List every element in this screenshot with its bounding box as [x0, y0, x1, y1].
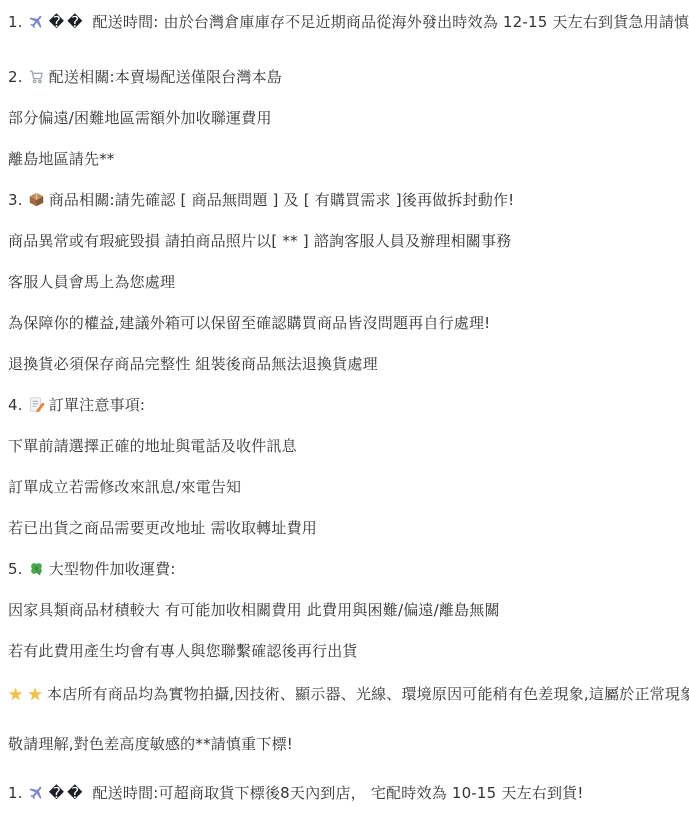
para-defect-instructions: 商品異常或有瑕疵毀損 請拍商品照片以[ ** ] 諮詢客服人員及辦理相關事務 [8, 231, 679, 252]
para-correct-address: 下單前請選擇正確的地址與電話及收件訊息 [8, 436, 679, 457]
paragraph-text: 退換貨必須保存商品完整性 組裝後商品無法退換貨處理 [8, 355, 378, 373]
paragraph-text: 訂單成立若需修改來訊息/來電告知 [8, 478, 241, 496]
shopping-cart-icon [28, 68, 45, 85]
para-keep-box: 為保障你的權益,建議外箱可以保留至確認購買商品皆沒問題再自行處理! [8, 313, 679, 334]
paragraph-text: 配送時間: 由於台灣倉庫庫存不足近期商品從海外發出時效為 12-15 天左右到貨… [92, 13, 689, 31]
clover-icon [28, 560, 45, 577]
para-fee-confirmation: 若有此費用產生均會有專人與您聯繫確認後再行出貨 [8, 641, 679, 662]
product-description-page: { "page": { "background_color": "#ffffff… [0, 0, 689, 818]
para-outlying-islands: 離島地區請先** [8, 149, 679, 170]
para-shipping-time-overseas: 1.��配送時間: 由於台灣倉庫庫存不足近期商品從海外發出時效為 12-15 天… [8, 12, 679, 33]
paragraph-text: 下單前請選擇正確的地址與電話及收件訊息 [8, 437, 297, 455]
para-oversize-fee-heading: 5.大型物件加收運費: [8, 559, 679, 580]
paragraph-text: 配送時間:可超商取貨下標後8天內到店， 宅配時效為 10-15 天左右到貨! [92, 784, 583, 802]
para-color-sensitive-warning: 敬請理解,對色差高度敏感的**請慎重下標! [8, 734, 679, 755]
paragraph-text: 因家具類商品材積較大 有可能加收相關費用 此費用與困難/偏遠/離島無關 [8, 601, 500, 619]
para-shipping-time-pickup: 1.��配送時間:可超商取貨下標後8天內到店， 宅配時效為 10-15 天左右到… [8, 783, 679, 804]
airplane-icon [28, 13, 45, 30]
para-address-change-fee: 若已出貨之商品需要更改地址 需收取轉址費用 [8, 518, 679, 539]
replacement-characters: �� [49, 13, 86, 31]
paragraph-text: 離島地區請先** [8, 150, 115, 168]
paragraph-text: 部分偏遠/困難地區需額外加收聯運費用 [8, 109, 272, 127]
para-furniture-volume: 因家具類商品材積較大 有可能加收相關費用 此費用與困難/偏遠/離島無關 [8, 600, 679, 621]
paragraph-text: 商品相關:請先確認 [ 商品無問題 ] 及 [ 有購買需求 ]後再做拆封動作! [49, 191, 515, 209]
paragraph-text: 為保障你的權益,建議外箱可以保留至確認購買商品皆沒問題再自行處理! [8, 314, 490, 332]
para-delivery-area: 2.配送相關:本賣場配送僅限台灣本島 [8, 67, 679, 88]
para-customer-service: 客服人員會馬上為您處理 [8, 272, 679, 293]
paragraph-text: 敬請理解,對色差高度敏感的**請慎重下標! [8, 735, 293, 753]
replacement-characters: �� [49, 784, 86, 802]
paragraph-text: 商品異常或有瑕疵毀損 請拍商品照片以[ ** ] 諮詢客服人員及辦理相關事務 [8, 232, 511, 250]
star-icon: ★ [8, 685, 23, 705]
paragraph-text: 若有此費用產生均會有專人與您聯繫確認後再行出貨 [8, 642, 358, 660]
airplane-icon [28, 784, 45, 801]
paragraph-text: 若已出貨之商品需要更改地址 需收取轉址費用 [8, 519, 317, 537]
para-color-difference-notice: ★★本店所有商品均為實物拍攝,因技術、顯示器、光線、環境原因可能稍有色差現象,這… [8, 684, 679, 706]
item-number: 3. [8, 191, 23, 209]
para-modify-order: 訂單成立若需修改來訊息/來電告知 [8, 477, 679, 498]
paragraph-text: 本店所有商品均為實物拍攝,因技術、顯示器、光線、環境原因可能稍有色差現象,這屬於… [47, 685, 689, 703]
item-number: 5. [8, 560, 23, 578]
paragraph-text: 訂單注意事項: [49, 396, 145, 414]
para-remote-area-fee: 部分偏遠/困難地區需額外加收聯運費用 [8, 108, 679, 129]
item-number: 4. [8, 396, 23, 414]
memo-pencil-icon [28, 396, 45, 413]
para-return-policy: 退換貨必須保存商品完整性 組裝後商品無法退換貨處理 [8, 354, 679, 375]
star-icon: ★ [27, 685, 42, 705]
package-box-icon [28, 191, 45, 208]
para-product-related: 3.商品相關:請先確認 [ 商品無問題 ] 及 [ 有購買需求 ]後再做拆封動作… [8, 190, 679, 211]
item-number: 1. [8, 13, 23, 31]
item-number: 1. [8, 784, 23, 802]
paragraph-text: 大型物件加收運費: [49, 560, 176, 578]
para-order-notes-heading: 4.訂單注意事項: [8, 395, 679, 416]
item-number: 2. [8, 68, 23, 86]
paragraph-text: 配送相關:本賣場配送僅限台灣本島 [49, 68, 282, 86]
paragraph-text: 客服人員會馬上為您處理 [8, 273, 175, 291]
